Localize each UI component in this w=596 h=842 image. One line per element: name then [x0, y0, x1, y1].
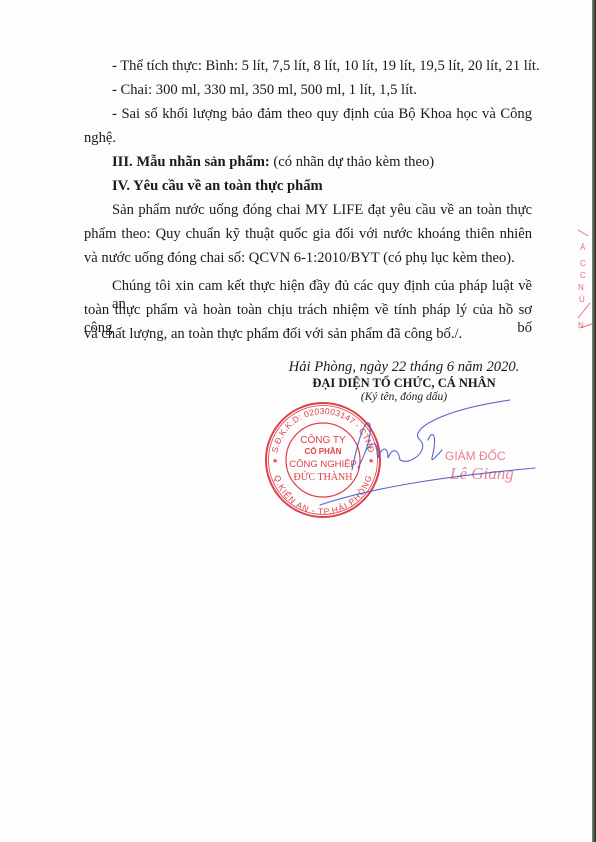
- scan-edge: [592, 0, 596, 842]
- svg-text:Ú: Ú: [579, 295, 585, 304]
- section-3-heading: III. Mẫu nhãn sản phẩm:: [112, 154, 270, 170]
- bottle-spec-line: - Chai: 300 ml, 330 ml, 350 ml, 500 ml, …: [112, 81, 417, 99]
- safety-para-line-2: phẩm theo: Quy chuẩn kỹ thuật quốc gia đ…: [84, 225, 532, 243]
- commitment-para-line-3: và chất lượng, an toàn thực phẩm đối với…: [84, 325, 462, 343]
- section-3-note: (có nhãn dự thảo kèm theo): [270, 154, 434, 170]
- document-page: - Thể tích thực: Bình: 5 lít, 7,5 lít, 8…: [0, 0, 596, 842]
- svg-text:Ả: Ả: [580, 243, 586, 252]
- volume-spec-line: - Thể tích thực: Bình: 5 lít, 7,5 lít, 8…: [112, 57, 540, 75]
- safety-para-line-1: Sản phẩm nước uống đóng chai MY LIFE đạt…: [112, 201, 532, 219]
- director-position: GIÁM ĐỐC: [445, 448, 506, 463]
- safety-para-line-3: và nước uống đóng chai số: QCVN 6-1:2010…: [84, 249, 515, 267]
- section-4-heading: IV. Yêu cầu về an toàn thực phẩm: [112, 177, 323, 195]
- svg-text:★: ★: [272, 457, 278, 465]
- svg-text:C: C: [580, 271, 586, 280]
- svg-text:N: N: [578, 283, 584, 292]
- svg-text:N: N: [578, 321, 584, 330]
- svg-text:C: C: [580, 259, 586, 268]
- tolerance-line: - Sai số khối lượng bảo đảm theo quy địn…: [112, 105, 532, 123]
- section-3-line: III. Mẫu nhãn sản phẩm: (có nhãn dự thảo…: [112, 153, 434, 171]
- edge-stamp-fragment: Ả C C N Ú N: [574, 228, 594, 333]
- signature: GIÁM ĐỐC Lê Giang: [300, 380, 550, 510]
- place-date: Hải Phòng, ngày 22 tháng 6 năm 2020.: [270, 359, 538, 376]
- tolerance-line-continued: nghệ.: [84, 129, 116, 147]
